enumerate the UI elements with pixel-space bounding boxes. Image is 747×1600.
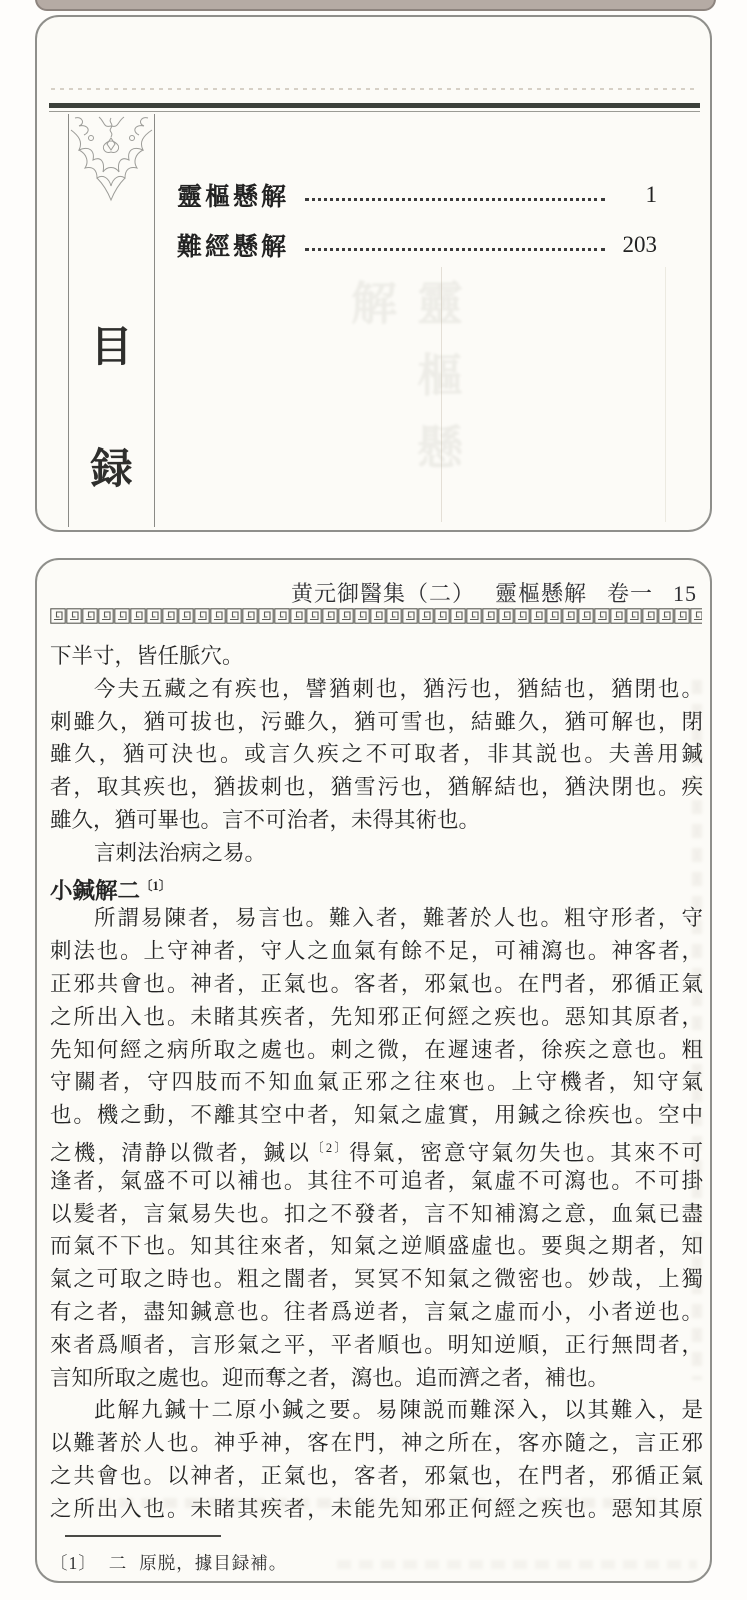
- print-noise-line: [51, 88, 694, 90]
- running-head-page-number: 15: [673, 581, 697, 607]
- running-head: 黄元御醫集（二） 靈樞懸解 卷一 15: [50, 577, 697, 608]
- toc-entry: 靈樞懸解1: [177, 181, 657, 208]
- body-text-line: 正邪共會也。神者，正氣也。客者，邪氣也。在門者，邪循正氣: [50, 968, 703, 1001]
- body-text-line: 言刺法治病之易。: [50, 837, 703, 870]
- body-text-line: 以髪者，言氣易失也。扣之不發者，言不知補瀉之意，血氣已盡: [50, 1198, 703, 1231]
- body-text-line: 之所出入也。未睹其疾者，先知邪正何經之疾也。惡知其原者，: [50, 1001, 703, 1034]
- body-text-line: 雖久，猶可決也。或言久疾之不可取者，非其説也。夫善用鍼: [50, 738, 703, 771]
- toc-thin-rule: [49, 111, 700, 112]
- greek-key-border: [50, 608, 702, 624]
- section-heading-line: 小鍼解二〔1〕: [50, 870, 703, 903]
- toc-entry-list: 靈樞懸解1難經懸解203: [177, 181, 657, 281]
- footnote-lemma: 二: [109, 1553, 128, 1573]
- body-text-line: 守關者，守四肢而不知血氣正邪之往來也。上守機者，知守氣: [50, 1066, 703, 1099]
- footnote-ref: 〔2〕: [311, 1141, 349, 1155]
- page-crease: [665, 267, 666, 522]
- body-text-line: 者，取其疾也，猶拔刺也，猶雪污也，猶解結也，猶決閉也。疾: [50, 771, 703, 804]
- book-scan-image: 目 録 靈樞懸解1難經懸解203 靈樞懸解 黄元御醫集（二） 靈樞懸解 卷一 1…: [0, 0, 747, 1600]
- body-text-line: 之所出入也。未睹其疾者，未能先知邪正何經之疾也。惡知其原: [50, 1493, 703, 1526]
- body-text-line: 雖久，猶可畢也。言不可治者，未得其術也。: [50, 804, 703, 837]
- body-text-line: 此解九鍼十二原小鍼之要。易陳説而難深入，以其難入，是: [50, 1394, 703, 1427]
- running-head-collection: 黄元御醫集（二）: [291, 577, 475, 608]
- body-text-line: 所謂易陳者，易言也。難入者，難著於人也。粗守形者，守: [50, 902, 703, 935]
- body-text-line: 今夫五藏之有疾也，譬猶刺也，猶污也，猶結也，猶閉也。: [50, 673, 703, 706]
- cloud-collar-ornament-icon: [69, 114, 154, 209]
- body-text-line: 刺雖久，猶可拔也，污雖久，猶可雪也，結雖久，猶可解也，閉: [50, 706, 703, 739]
- toc-dot-leader: [305, 248, 605, 251]
- body-text-line: 之共會也。以神者，正氣也，客者，邪氣也，在門者，邪循正氣: [50, 1460, 703, 1493]
- body-text-line: 刺法也。上守神者，守人之血氣有餘不足，可補瀉也。神客者，: [50, 935, 703, 968]
- footnote-ref: 〔1〕: [140, 879, 171, 893]
- toc-title-column: 目 録: [68, 114, 155, 527]
- body-text-line: 之機，清静以微者，鍼以〔2〕得氣，密意守氣勿失也。其來不可: [50, 1132, 703, 1165]
- toc-entry-title: 靈樞懸解: [177, 177, 289, 213]
- body-text-line: 先知何經之病所取之處也。刺之微，在遲速者，徐疾之意也。粗: [50, 1034, 703, 1067]
- bleed-through-text: 靈樞懸解: [337, 279, 469, 530]
- body-text-line: 逢者，氣盛不可以補也。其往不可追者，氣虛不可瀉也。不可掛: [50, 1165, 703, 1198]
- body-text-line: 而氣不下也。知其往來者，知氣之逆順盛虛也。要與之期者，知: [50, 1230, 703, 1263]
- footnote-marker: 〔1〕: [50, 1553, 97, 1573]
- toc-vertical-title-char: 目: [69, 327, 154, 369]
- body-text-line: 有之者，盡知鍼意也。往者爲逆者，言氣之虛而小，小者逆也。: [50, 1296, 703, 1329]
- body-text-line: 言知所取之處也。迎而奪之者，瀉也。追而濟之者，補也。: [50, 1362, 703, 1395]
- toc-page-card: 目 録 靈樞懸解1難經懸解203 靈樞懸解: [35, 15, 712, 532]
- page-crease: [441, 267, 442, 522]
- body-text-line: 也。機之動，不離其空中者，知氣之虛實，用鍼之徐疾也。空中: [50, 1099, 703, 1132]
- running-head-book: 靈樞懸解: [495, 577, 587, 608]
- toc-dot-leader: [305, 198, 605, 201]
- running-head-volume: 卷一: [607, 577, 653, 608]
- toc-entry-title: 難經懸解: [177, 227, 289, 263]
- body-text-line: 下半寸，皆任脈穴。: [50, 640, 703, 673]
- text-page-card: 黄元御醫集（二） 靈樞懸解 卷一 15 下半寸，皆任脈穴。今夫五藏之有疾也，譬猶…: [35, 558, 712, 1583]
- bleed-through-smudge: [337, 1560, 697, 1569]
- toc-entry-page-number: 203: [615, 232, 657, 258]
- toc-entry: 難經懸解203: [177, 231, 657, 258]
- body-text-line: 氣之可取之時也。粗之闇者，冥冥不知氣之微密也。妙哉，上獨: [50, 1263, 703, 1296]
- page-body-text: 下半寸，皆任脈穴。今夫五藏之有疾也，譬猶刺也，猶污也，猶結也，猶閉也。刺雖久，猶…: [50, 640, 703, 1526]
- toc-heavy-rule: [49, 103, 700, 108]
- previous-card-bottom-strip: [35, 0, 716, 11]
- footnote: 〔1〕二原脱，據目録補。: [50, 1550, 287, 1575]
- toc-entry-page-number: 1: [615, 182, 657, 208]
- footnote-note: 原脱，據目録補。: [139, 1553, 287, 1573]
- body-text-line: 以難著於人也。神乎神，客在門，神之所在，客亦隨之，言正邪: [50, 1427, 703, 1460]
- body-text-line: 來者爲順者，言形氣之平，平者順也。明知逆順，正行無問者，: [50, 1329, 703, 1362]
- footnote-rule: [65, 1535, 221, 1537]
- toc-vertical-title-char: 録: [69, 449, 154, 491]
